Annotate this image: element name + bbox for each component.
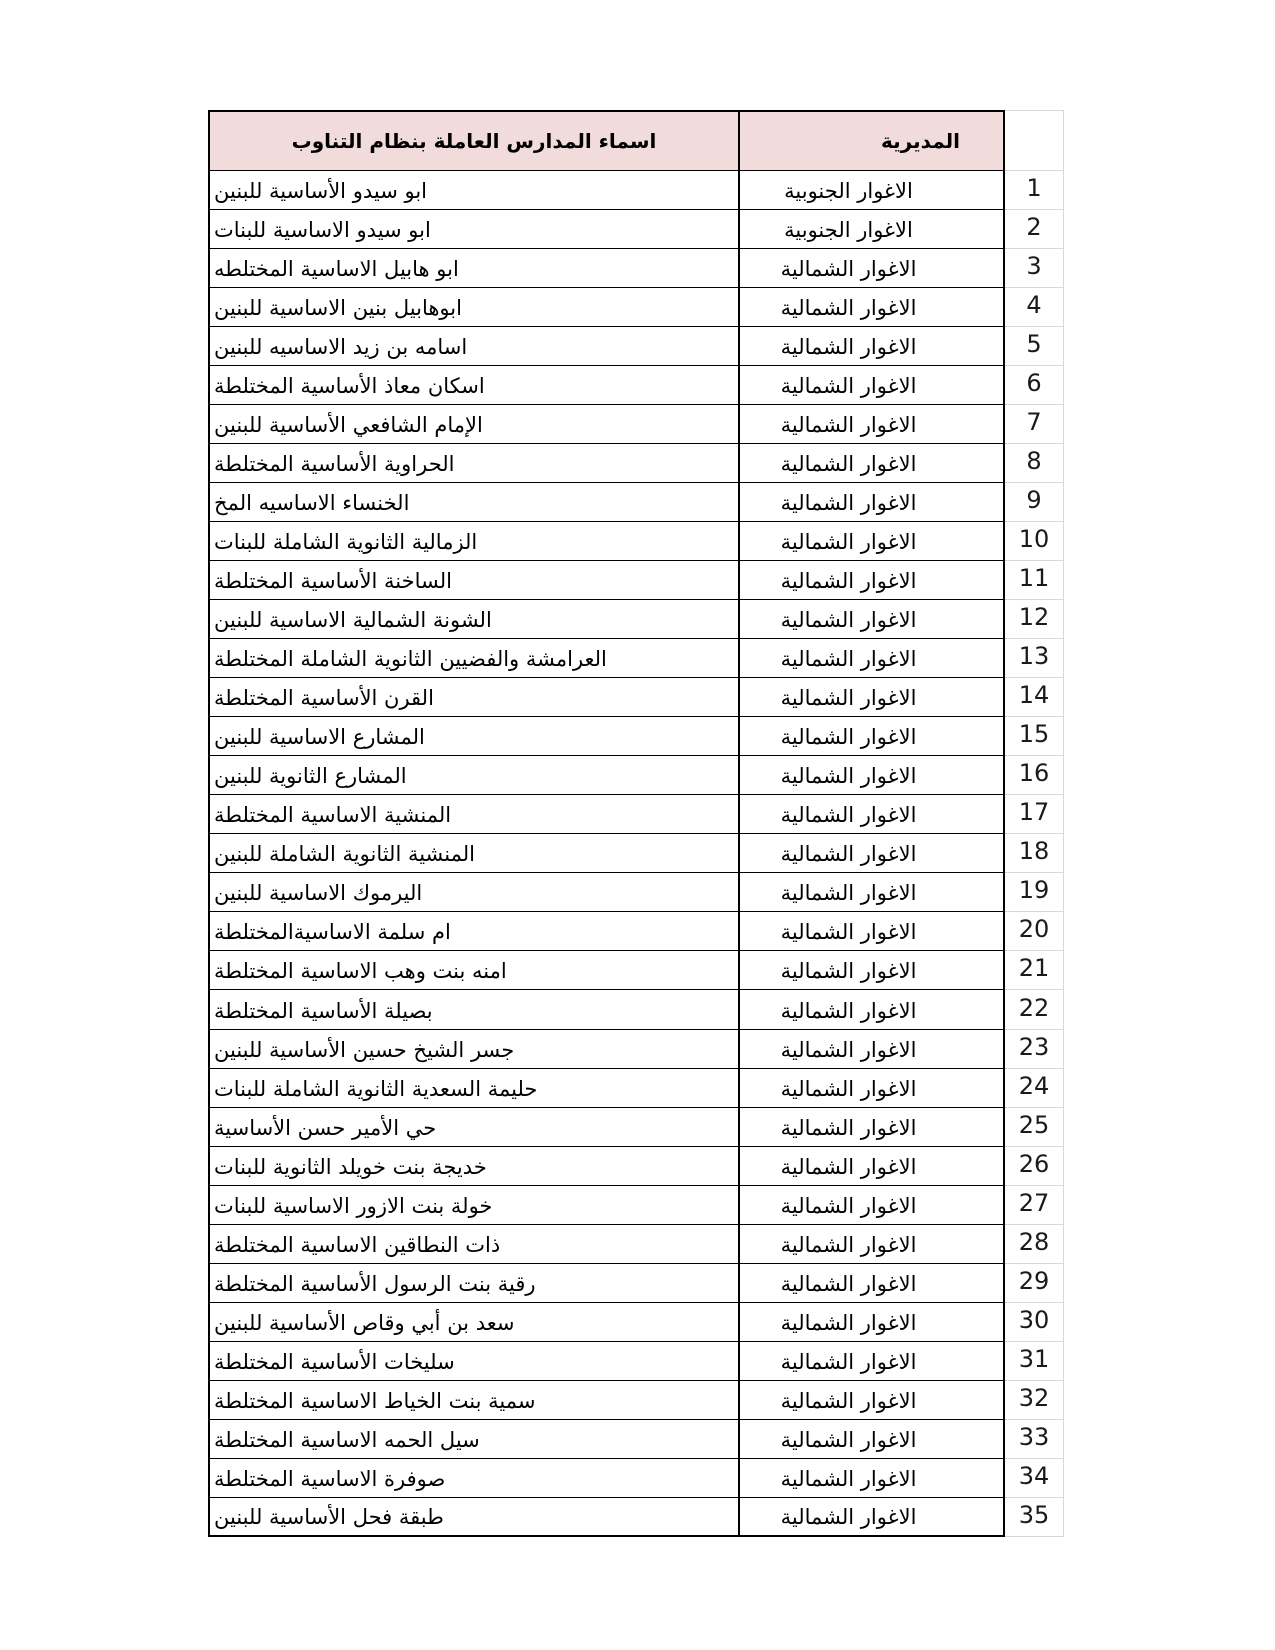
table-row: خولة بنت الازور الاساسية للبنات الاغوار …: [208, 1186, 1064, 1225]
directorate-cell: الاغوار الشمالية: [740, 951, 1005, 990]
school-name-cell: القرن الأساسية المختلطة: [208, 678, 740, 717]
directorate-cell: الاغوار الشمالية: [740, 1303, 1005, 1342]
directorate-header-label: المديرية: [881, 129, 960, 153]
row-index-cell: 35: [1005, 1498, 1064, 1537]
directorate-text: الاغوار الشمالية: [781, 999, 917, 1023]
school-name-text: الساخنة الأساسية المختلطة: [214, 569, 452, 593]
directorate-text: الاغوار الشمالية: [781, 647, 917, 671]
school-name-cell: امنه بنت وهب الاساسية المختلطة: [208, 951, 740, 990]
row-index-cell: 11: [1005, 561, 1064, 600]
table-row: بصيلة الأساسية المختلطة الاغوار الشمالية…: [208, 990, 1064, 1029]
school-name-text: ابو سيدو الاساسية للبنات: [214, 218, 431, 242]
table-row: ابو سيدو الأساسية للبنين الاغوار الجنوبي…: [208, 171, 1064, 210]
row-index-text: 22: [1019, 994, 1050, 1022]
row-index-text: 7: [1026, 408, 1041, 436]
row-index-text: 28: [1019, 1228, 1050, 1256]
row-index-text: 23: [1019, 1033, 1050, 1061]
table-row: الساخنة الأساسية المختلطة الاغوار الشمال…: [208, 561, 1064, 600]
school-name-cell: رقية بنت الرسول الأساسية المختلطة: [208, 1264, 740, 1303]
row-index-text: 24: [1019, 1072, 1050, 1100]
row-index-text: 20: [1019, 915, 1050, 943]
table-row: الزمالية الثانوية الشاملة للبنات الاغوار…: [208, 522, 1064, 561]
school-name-text: اليرموك الاساسية للبنين: [214, 881, 422, 905]
directorate-text: الاغوار الشمالية: [781, 881, 917, 905]
school-name-text: اسكان معاذ الأساسية المختلطة: [214, 374, 485, 398]
row-index-cell: 29: [1005, 1264, 1064, 1303]
school-name-text: القرن الأساسية المختلطة: [214, 686, 434, 710]
school-name-text: العرامشة والفضيين الثانوية الشاملة المخت…: [214, 647, 607, 671]
directorate-text: الاغوار الشمالية: [781, 335, 917, 359]
row-index-text: 14: [1019, 681, 1050, 709]
school-name-text: صوفرة الاساسية المختلطة: [214, 1467, 445, 1491]
directorate-cell: الاغوار الشمالية: [740, 366, 1005, 405]
school-name-text: خولة بنت الازور الاساسية للبنات: [214, 1194, 492, 1218]
directorate-cell: الاغوار الجنوبية: [740, 210, 1005, 249]
directorate-text: الاغوار الشمالية: [781, 920, 917, 944]
row-index-text: 29: [1019, 1267, 1050, 1295]
table-row: ام سلمة الاساسيةالمختلطة الاغوار الشمالي…: [208, 912, 1064, 951]
row-index-text: 8: [1026, 447, 1041, 475]
school-name-cell: الساخنة الأساسية المختلطة: [208, 561, 740, 600]
row-index-cell: 3: [1005, 249, 1064, 288]
row-index-cell: 17: [1005, 795, 1064, 834]
directorate-text: الاغوار الشمالية: [781, 530, 917, 554]
row-index-text: 30: [1019, 1306, 1050, 1334]
school-name-text: امنه بنت وهب الاساسية المختلطة: [214, 959, 507, 983]
table-row: العرامشة والفضيين الثانوية الشاملة المخت…: [208, 639, 1064, 678]
directorate-cell: الاغوار الشمالية: [740, 990, 1005, 1029]
directorate-cell: الاغوار الشمالية: [740, 834, 1005, 873]
table-row: خديجة بنت خويلد الثانوية للبنات الاغوار …: [208, 1147, 1064, 1186]
directorate-text: الاغوار الشمالية: [781, 764, 917, 788]
row-index-cell: 14: [1005, 678, 1064, 717]
directorate-text: الاغوار الشمالية: [781, 1467, 917, 1491]
row-index-cell: 22: [1005, 990, 1064, 1029]
school-name-text: ابوهابيل بنين الاساسية للبنين: [214, 296, 462, 320]
school-name-cell: ذات النطاقين الاساسية المختلطة: [208, 1225, 740, 1264]
table-row: سليخات الأساسية المختلطة الاغوار الشمالي…: [208, 1342, 1064, 1381]
school-name-text: ام سلمة الاساسيةالمختلطة: [214, 920, 451, 944]
directorate-cell: الاغوار الشمالية: [740, 1147, 1005, 1186]
table-row: اسكان معاذ الأساسية المختلطة الاغوار الش…: [208, 366, 1064, 405]
directorate-cell: الاغوار الشمالية: [740, 327, 1005, 366]
row-index-cell: 23: [1005, 1030, 1064, 1069]
row-index-cell: 10: [1005, 522, 1064, 561]
directorate-cell: الاغوار الشمالية: [740, 1225, 1005, 1264]
directorate-text: الاغوار الشمالية: [781, 1428, 917, 1452]
row-index-text: 4: [1026, 291, 1041, 319]
school-name-text: المنشية الاساسية المختلطة: [214, 803, 451, 827]
directorate-text: الاغوار الشمالية: [781, 1038, 917, 1062]
directorate-text: الاغوار الجنوبية: [784, 179, 913, 203]
directorate-cell: الاغوار الشمالية: [740, 483, 1005, 522]
row-index-text: 17: [1019, 798, 1050, 826]
table-row: اليرموك الاساسية للبنين الاغوار الشمالية…: [208, 873, 1064, 912]
table-row: حليمة السعدية الثانوية الشاملة للبنات ال…: [208, 1069, 1064, 1108]
school-name-text: ذات النطاقين الاساسية المختلطة: [214, 1233, 500, 1257]
directorate-cell: الاغوار الشمالية: [740, 912, 1005, 951]
directorate-cell: الاغوار الشمالية: [740, 444, 1005, 483]
school-name-cell: المشارع الاساسية للبنين: [208, 717, 740, 756]
school-name-cell: اليرموك الاساسية للبنين: [208, 873, 740, 912]
row-index-cell: 2: [1005, 210, 1064, 249]
row-index-cell: 34: [1005, 1459, 1064, 1498]
directorate-text: الاغوار الشمالية: [781, 491, 917, 515]
directorate-text: الاغوار الشمالية: [781, 257, 917, 281]
row-index-cell: 21: [1005, 951, 1064, 990]
table-row: الإمام الشافعي الأساسية للبنين الاغوار ا…: [208, 405, 1064, 444]
school-name-text: بصيلة الأساسية المختلطة: [214, 999, 433, 1023]
school-name-text: حليمة السعدية الثانوية الشاملة للبنات: [214, 1077, 537, 1101]
directorate-text: الاغوار الشمالية: [781, 452, 917, 476]
directorate-cell: الاغوار الجنوبية: [740, 171, 1005, 210]
directorate-cell: الاغوار الشمالية: [740, 756, 1005, 795]
table-row: الخنساء الاساسيه المخ الاغوار الشمالية 9: [208, 483, 1064, 522]
school-name-cell: حي الأمير حسن الأساسية: [208, 1108, 740, 1147]
school-name-text: الخنساء الاساسيه المخ: [214, 491, 409, 515]
table-row: المنشية الثانوية الشاملة للبنين الاغوار …: [208, 834, 1064, 873]
table-row: القرن الأساسية المختلطة الاغوار الشمالية…: [208, 678, 1064, 717]
directorate-cell: الاغوار الشمالية: [740, 1264, 1005, 1303]
directorate-cell: الاغوار الشمالية: [740, 717, 1005, 756]
row-index-text: 21: [1019, 954, 1050, 982]
row-index-text: 31: [1019, 1345, 1050, 1373]
school-name-text: رقية بنت الرسول الأساسية المختلطة: [214, 1272, 536, 1296]
directorate-text: الاغوار الشمالية: [781, 1194, 917, 1218]
row-index-cell: 18: [1005, 834, 1064, 873]
school-name-text: ابو هابيل الاساسية المختلطه: [214, 257, 459, 281]
row-index-text: 18: [1019, 837, 1050, 865]
row-index-text: 26: [1019, 1150, 1050, 1178]
school-name-text: سيل الحمه الاساسية المختلطة: [214, 1428, 480, 1452]
row-index-text: 13: [1019, 642, 1050, 670]
table-row: اسامه بن زيد الاساسيه للبنين الاغوار الش…: [208, 327, 1064, 366]
row-index-cell: 15: [1005, 717, 1064, 756]
directorate-text: الاغوار الشمالية: [781, 1272, 917, 1296]
row-index-text: 25: [1019, 1111, 1050, 1139]
row-index-text: 5: [1026, 330, 1041, 358]
table-row: المشارع الاساسية للبنين الاغوار الشمالية…: [208, 717, 1064, 756]
school-name-text: الزمالية الثانوية الشاملة للبنات: [214, 530, 477, 554]
table-body: ابو سيدو الأساسية للبنين الاغوار الجنوبي…: [208, 171, 1064, 1538]
directorate-cell: الاغوار الشمالية: [740, 639, 1005, 678]
school-name-cell: المنشية الثانوية الشاملة للبنين: [208, 834, 740, 873]
row-index-text: 15: [1019, 720, 1050, 748]
schools-table: اسماء المدارس العاملة بنظام التناوب المد…: [208, 110, 1064, 1537]
school-name-text: طبقة فحل الأساسية للبنين: [214, 1505, 444, 1529]
table-row: المشارع الثانوية للبنين الاغوار الشمالية…: [208, 756, 1064, 795]
directorate-text: الاغوار الشمالية: [781, 569, 917, 593]
directorate-cell: الاغوار الشمالية: [740, 678, 1005, 717]
school-name-text: الإمام الشافعي الأساسية للبنين: [214, 413, 483, 437]
school-name-cell: سليخات الأساسية المختلطة: [208, 1342, 740, 1381]
school-name-cell: الخنساء الاساسيه المخ: [208, 483, 740, 522]
school-name-cell: صوفرة الاساسية المختلطة: [208, 1459, 740, 1498]
directorate-text: الاغوار الشمالية: [781, 1389, 917, 1413]
row-index-header-cell: [1005, 110, 1064, 171]
school-name-text: خديجة بنت خويلد الثانوية للبنات: [214, 1155, 487, 1179]
row-index-cell: 28: [1005, 1225, 1064, 1264]
row-index-text: 6: [1026, 369, 1041, 397]
directorate-text: الاغوار الشمالية: [781, 1155, 917, 1179]
row-index-text: 35: [1019, 1501, 1050, 1529]
table-row: صوفرة الاساسية المختلطة الاغوار الشمالية…: [208, 1459, 1064, 1498]
school-name-text: المشارع الثانوية للبنين: [214, 764, 407, 788]
row-index-cell: 6: [1005, 366, 1064, 405]
table-row: سمية بنت الخياط الاساسية المختلطة الاغوا…: [208, 1381, 1064, 1420]
row-index-text: 33: [1019, 1423, 1050, 1451]
row-index-text: 32: [1019, 1384, 1050, 1412]
directorate-cell: الاغوار الشمالية: [740, 288, 1005, 327]
school-name-cell: ام سلمة الاساسيةالمختلطة: [208, 912, 740, 951]
directorate-text: الاغوار الشمالية: [781, 725, 917, 749]
school-name-cell: الشونة الشمالية الاساسية للبنين: [208, 600, 740, 639]
table-row: سيل الحمه الاساسية المختلطة الاغوار الشم…: [208, 1420, 1064, 1459]
school-name-cell: سمية بنت الخياط الاساسية المختلطة: [208, 1381, 740, 1420]
school-names-header-cell: اسماء المدارس العاملة بنظام التناوب: [208, 110, 740, 171]
directorate-header-cell: المديرية: [740, 110, 1005, 171]
school-name-cell: المنشية الاساسية المختلطة: [208, 795, 740, 834]
school-name-cell: اسامه بن زيد الاساسيه للبنين: [208, 327, 740, 366]
row-index-text: 3: [1026, 252, 1041, 280]
school-name-cell: جسر الشيخ حسين الأساسية للبنين: [208, 1030, 740, 1069]
school-names-header-label: اسماء المدارس العاملة بنظام التناوب: [292, 129, 657, 153]
directorate-cell: الاغوار الشمالية: [740, 1069, 1005, 1108]
row-index-text: 1: [1026, 174, 1041, 202]
school-name-cell: اسكان معاذ الأساسية المختلطة: [208, 366, 740, 405]
directorate-text: الاغوار الشمالية: [781, 413, 917, 437]
directorate-cell: الاغوار الشمالية: [740, 1420, 1005, 1459]
school-name-cell: سيل الحمه الاساسية المختلطة: [208, 1420, 740, 1459]
directorate-cell: الاغوار الشمالية: [740, 1108, 1005, 1147]
directorate-text: الاغوار الشمالية: [781, 842, 917, 866]
row-index-text: 2: [1026, 213, 1041, 241]
table-row: جسر الشيخ حسين الأساسية للبنين الاغوار ا…: [208, 1030, 1064, 1069]
row-index-cell: 4: [1005, 288, 1064, 327]
school-name-text: جسر الشيخ حسين الأساسية للبنين: [214, 1038, 514, 1062]
row-index-cell: 30: [1005, 1303, 1064, 1342]
school-name-text: سليخات الأساسية المختلطة: [214, 1350, 455, 1374]
school-name-text: اسامه بن زيد الاساسيه للبنين: [214, 335, 467, 359]
directorate-text: الاغوار الشمالية: [781, 1116, 917, 1140]
directorate-text: الاغوار الشمالية: [781, 803, 917, 827]
row-index-cell: 33: [1005, 1420, 1064, 1459]
table-row: امنه بنت وهب الاساسية المختلطة الاغوار ا…: [208, 951, 1064, 990]
school-name-text: حي الأمير حسن الأساسية: [214, 1116, 436, 1140]
table-row: حي الأمير حسن الأساسية الاغوار الشمالية …: [208, 1108, 1064, 1147]
table-row: رقية بنت الرسول الأساسية المختلطة الاغوا…: [208, 1264, 1064, 1303]
row-index-text: 27: [1019, 1189, 1050, 1217]
table-header-row: اسماء المدارس العاملة بنظام التناوب المد…: [208, 110, 1064, 171]
directorate-text: الاغوار الشمالية: [781, 959, 917, 983]
directorate-text: الاغوار الشمالية: [781, 1233, 917, 1257]
directorate-cell: الاغوار الشمالية: [740, 600, 1005, 639]
row-index-text: 9: [1026, 486, 1041, 514]
school-name-text: الحراوية الأساسية المختلطة: [214, 452, 455, 476]
row-index-cell: 8: [1005, 444, 1064, 483]
row-index-text: 10: [1019, 525, 1050, 553]
school-name-cell: الحراوية الأساسية المختلطة: [208, 444, 740, 483]
row-index-cell: 19: [1005, 873, 1064, 912]
school-name-cell: خولة بنت الازور الاساسية للبنات: [208, 1186, 740, 1225]
school-name-text: سعد بن أبي وقاص الأساسية للبنين: [214, 1311, 514, 1335]
directorate-text: الاغوار الشمالية: [781, 296, 917, 320]
row-index-cell: 25: [1005, 1108, 1064, 1147]
row-index-cell: 1: [1005, 171, 1064, 210]
table-row: طبقة فحل الأساسية للبنين الاغوار الشمالي…: [208, 1498, 1064, 1537]
school-name-cell: العرامشة والفضيين الثانوية الشاملة المخت…: [208, 639, 740, 678]
table-row: الشونة الشمالية الاساسية للبنين الاغوار …: [208, 600, 1064, 639]
directorate-cell: الاغوار الشمالية: [740, 1498, 1005, 1537]
school-name-cell: الزمالية الثانوية الشاملة للبنات: [208, 522, 740, 561]
directorate-text: الاغوار الشمالية: [781, 608, 917, 632]
row-index-text: 11: [1019, 564, 1050, 592]
directorate-cell: الاغوار الشمالية: [740, 249, 1005, 288]
row-index-cell: 5: [1005, 327, 1064, 366]
directorate-cell: الاغوار الشمالية: [740, 1186, 1005, 1225]
row-index-cell: 31: [1005, 1342, 1064, 1381]
directorate-cell: الاغوار الشمالية: [740, 1381, 1005, 1420]
table-row: سعد بن أبي وقاص الأساسية للبنين الاغوار …: [208, 1303, 1064, 1342]
row-index-cell: 9: [1005, 483, 1064, 522]
directorate-text: الاغوار الشمالية: [781, 1311, 917, 1335]
row-index-cell: 32: [1005, 1381, 1064, 1420]
row-index-text: 16: [1019, 759, 1050, 787]
directorate-text: الاغوار الشمالية: [781, 1505, 917, 1529]
school-name-text: المشارع الاساسية للبنين: [214, 725, 425, 749]
school-name-text: سمية بنت الخياط الاساسية المختلطة: [214, 1389, 535, 1413]
school-name-cell: الإمام الشافعي الأساسية للبنين: [208, 405, 740, 444]
directorate-text: الاغوار الشمالية: [781, 1077, 917, 1101]
directorate-text: الاغوار الشمالية: [781, 1350, 917, 1374]
row-index-cell: 7: [1005, 405, 1064, 444]
directorate-text: الاغوار الشمالية: [781, 686, 917, 710]
table-row: المنشية الاساسية المختلطة الاغوار الشمال…: [208, 795, 1064, 834]
school-name-cell: خديجة بنت خويلد الثانوية للبنات: [208, 1147, 740, 1186]
table-row: ابو سيدو الاساسية للبنات الاغوار الجنوبي…: [208, 210, 1064, 249]
directorate-text: الاغوار الجنوبية: [784, 218, 913, 242]
school-name-cell: طبقة فحل الأساسية للبنين: [208, 1498, 740, 1537]
school-name-text: الشونة الشمالية الاساسية للبنين: [214, 608, 492, 632]
directorate-text: الاغوار الشمالية: [781, 374, 917, 398]
school-name-cell: ابو سيدو الاساسية للبنات: [208, 210, 740, 249]
row-index-cell: 16: [1005, 756, 1064, 795]
school-name-text: المنشية الثانوية الشاملة للبنين: [214, 842, 475, 866]
school-name-cell: حليمة السعدية الثانوية الشاملة للبنات: [208, 1069, 740, 1108]
school-name-cell: المشارع الثانوية للبنين: [208, 756, 740, 795]
school-name-cell: سعد بن أبي وقاص الأساسية للبنين: [208, 1303, 740, 1342]
table-row: ابو هابيل الاساسية المختلطه الاغوار الشم…: [208, 249, 1064, 288]
school-name-cell: ابو سيدو الأساسية للبنين: [208, 171, 740, 210]
row-index-cell: 27: [1005, 1186, 1064, 1225]
directorate-cell: الاغوار الشمالية: [740, 873, 1005, 912]
directorate-cell: الاغوار الشمالية: [740, 795, 1005, 834]
school-name-text: ابو سيدو الأساسية للبنين: [214, 179, 427, 203]
row-index-cell: 26: [1005, 1147, 1064, 1186]
row-index-cell: 12: [1005, 600, 1064, 639]
row-index-cell: 20: [1005, 912, 1064, 951]
row-index-cell: 24: [1005, 1069, 1064, 1108]
directorate-cell: الاغوار الشمالية: [740, 405, 1005, 444]
directorate-cell: الاغوار الشمالية: [740, 1342, 1005, 1381]
table-row: الحراوية الأساسية المختلطة الاغوار الشما…: [208, 444, 1064, 483]
school-name-cell: ابوهابيل بنين الاساسية للبنين: [208, 288, 740, 327]
table-row: ذات النطاقين الاساسية المختلطة الاغوار ا…: [208, 1225, 1064, 1264]
row-index-cell: 13: [1005, 639, 1064, 678]
school-name-cell: بصيلة الأساسية المختلطة: [208, 990, 740, 1029]
directorate-cell: الاغوار الشمالية: [740, 1459, 1005, 1498]
row-index-text: 19: [1019, 876, 1050, 904]
table-row: ابوهابيل بنين الاساسية للبنين الاغوار ال…: [208, 288, 1064, 327]
row-index-text: 34: [1019, 1462, 1050, 1490]
directorate-cell: الاغوار الشمالية: [740, 561, 1005, 600]
school-name-cell: ابو هابيل الاساسية المختلطه: [208, 249, 740, 288]
directorate-cell: الاغوار الشمالية: [740, 522, 1005, 561]
row-index-text: 12: [1019, 603, 1050, 631]
directorate-cell: الاغوار الشمالية: [740, 1030, 1005, 1069]
